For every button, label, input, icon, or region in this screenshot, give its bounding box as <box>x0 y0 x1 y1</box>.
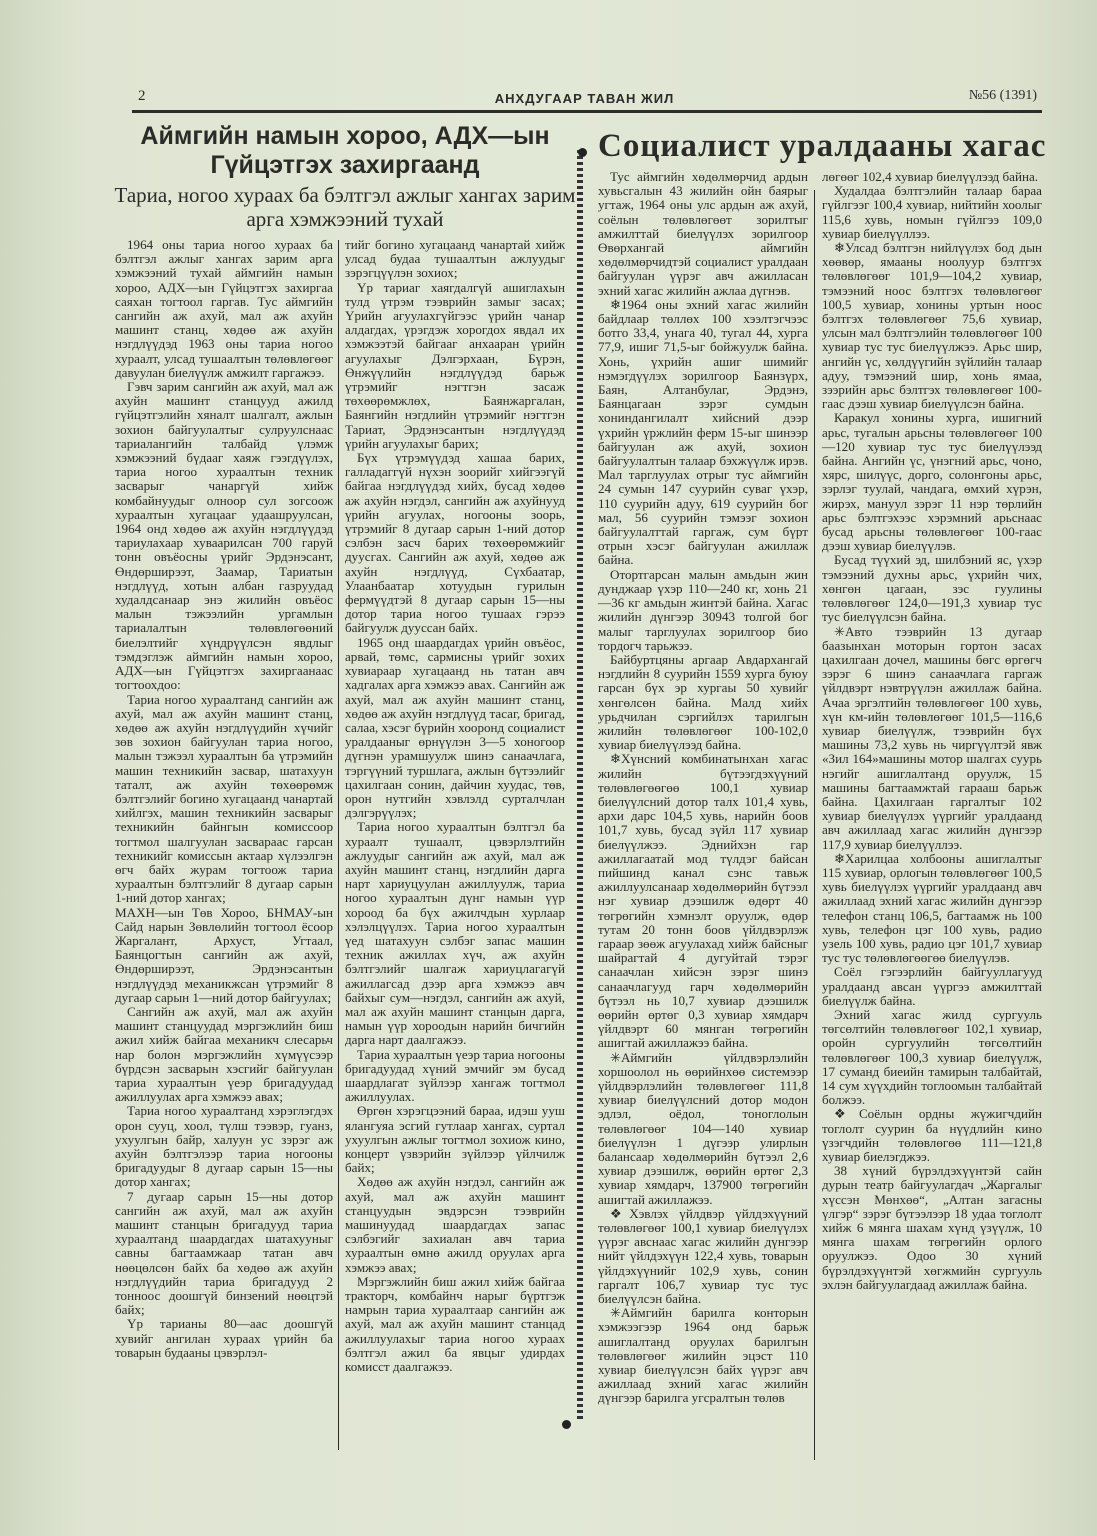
left-article-headline: Аймгийн намын хороо, АДХ—ын Гүйцэтгэх за… <box>110 122 580 180</box>
paragraph: Тариа ногоо хураалтын бэлтгэл ба хураалт… <box>345 820 565 1047</box>
left-article-subheadline: Тариа, ногоо хураах ба бэлтгэл ажлыг хан… <box>110 183 580 231</box>
divider-dot <box>578 148 587 157</box>
paragraph: Бусад түүхий эд, шилбэний яс, үхэр тэмээ… <box>822 553 1042 624</box>
paragraph: Тариа хураалтын үеэр тариа ногооны брига… <box>345 1048 565 1105</box>
left-article-header: Аймгийн намын хороо, АДХ—ын Гүйцэтгэх за… <box>110 122 580 231</box>
paragraph: 1964 оны тариа ногоо хураах ба бэлтгэл а… <box>115 238 333 380</box>
paragraph: Отортгарсан малын амьдын жин дунджаар үх… <box>598 568 808 653</box>
paragraph: 7 дугаар сарын 15—ны дотор сангийн аж ах… <box>115 1190 333 1318</box>
right-article-column-2: лөгөөг 102,4 хувиар биелүүлээд байна. Ху… <box>822 170 1042 1292</box>
paragraph: Тариа ногоо хураалтанд сангийн аж ахуй, … <box>115 693 333 906</box>
paragraph: Хөдөө аж ахуйн нэгдэл, сангийн аж ахуй, … <box>345 1175 565 1274</box>
paragraph: Соёл гэгээрлийн байгууллагууд уралдаанд … <box>822 965 1042 1008</box>
paragraph: ✳Аймгийн үйлдвэрлэлийн хоршоолол нь өөри… <box>598 1051 808 1207</box>
newspaper-title: АНХДУГААР ТАВАН ЖИЛ <box>132 91 1037 106</box>
paragraph: тийг богино хугацаанд чанартай хийж улса… <box>345 238 565 281</box>
paragraph: ❖Хэвлэх үйлдвэр үйлдэхүүний төлөвлөгөөг … <box>598 1207 808 1306</box>
paragraph: МАХН—ын Төв Хороо, БНМАУ-ын Сайд нарын З… <box>115 906 333 1005</box>
paragraph: Бүх үтрэмүүдэд хашаа барих, галладаггүй … <box>345 451 565 636</box>
wavy-article-divider <box>577 150 583 1420</box>
paragraph: Эхний хагас жилд сургууль төгсөлтийн төл… <box>822 1008 1042 1107</box>
right-article-headline: Социалист уралдааны хагас <box>598 128 1048 165</box>
paragraph: Тариа ногоо хураалтанд хэрэглэгдэх орон … <box>115 1104 333 1189</box>
paragraph: ❄Улсад бэлтгэн нийлүүлэх бод дын хөөвөр,… <box>822 241 1042 411</box>
paragraph: лөгөөг 102,4 хувиар биелүүлээд байна. <box>822 170 1042 184</box>
paragraph: 38 хүний бүрэлдэхүүнтэй сайн дурын театр… <box>822 1164 1042 1292</box>
newspaper-page: 2 АНХДУГААР ТАВАН ЖИЛ №56 (1391) Аймгийн… <box>0 0 1097 1536</box>
paragraph: ✳Аймгийн барилга конторын хэмжээгээр 196… <box>598 1306 808 1405</box>
paragraph: ❄Харилцаа холбооны ашиглалтыг 115 хувиар… <box>822 852 1042 966</box>
paragraph: Үр тарианы 80—аас доошгүй хувийг ангилан… <box>115 1317 333 1360</box>
paragraph: ❖Соёлын ордны жүжигчдийн тоглолт суурин … <box>822 1107 1042 1164</box>
masthead-rule <box>132 110 1042 113</box>
column-divider <box>338 240 339 1450</box>
paragraph: Мэргэжлийн биш ажил хийж байгаа тракторч… <box>345 1275 565 1374</box>
left-article-column-2: тийг богино хугацаанд чанартай хийж улса… <box>345 238 565 1374</box>
paragraph: Худалдаа бэлтгэлийн талаар бараа гүйлгээ… <box>822 184 1042 241</box>
paragraph: ✳Авто тээврийн 13 дугаар баазынхан мотор… <box>822 625 1042 852</box>
masthead: 2 АНХДУГААР ТАВАН ЖИЛ №56 (1391) <box>132 88 1037 110</box>
issue-number: №56 (1391) <box>969 88 1037 104</box>
paragraph: Гэвч зарим сангийн аж ахуй, мал аж ахуйн… <box>115 380 333 692</box>
paragraph: Байбуртцяны аргаар Авдархангай нэгдлийн … <box>598 653 808 752</box>
left-article-column-1: 1964 оны тариа ногоо хураах ба бэлтгэл а… <box>115 238 333 1360</box>
divider-dot <box>562 1420 571 1429</box>
column-divider <box>814 190 815 1460</box>
paragraph: Үр тариаг хаягдалгүй ашиглахын тулд үтрэ… <box>345 281 565 451</box>
paragraph: Каракул хонины хурга, ишигний арьс, туга… <box>822 411 1042 553</box>
paragraph: ❄Хүнсний комбинатынхан хагас жилийн бүтэ… <box>598 752 808 1050</box>
paragraph: Тус аймгийн хөдөлмөрчид ардын хувьсгалын… <box>598 170 808 298</box>
paragraph: ❄1964 оны эхний хагас жилийн байдлаар тө… <box>598 298 808 568</box>
paragraph: Сангийн аж ахуй, мал аж ахуйн машинт ста… <box>115 1005 333 1104</box>
right-article-column-1: Тус аймгийн хөдөлмөрчид ардын хувьсгалын… <box>598 170 808 1406</box>
paragraph: 1965 онд шаардагдах үрийн овъёос, арвай,… <box>345 636 565 821</box>
paragraph: Өргөн хэрэгцээний бараа, идэш ууш ялангу… <box>345 1104 565 1175</box>
